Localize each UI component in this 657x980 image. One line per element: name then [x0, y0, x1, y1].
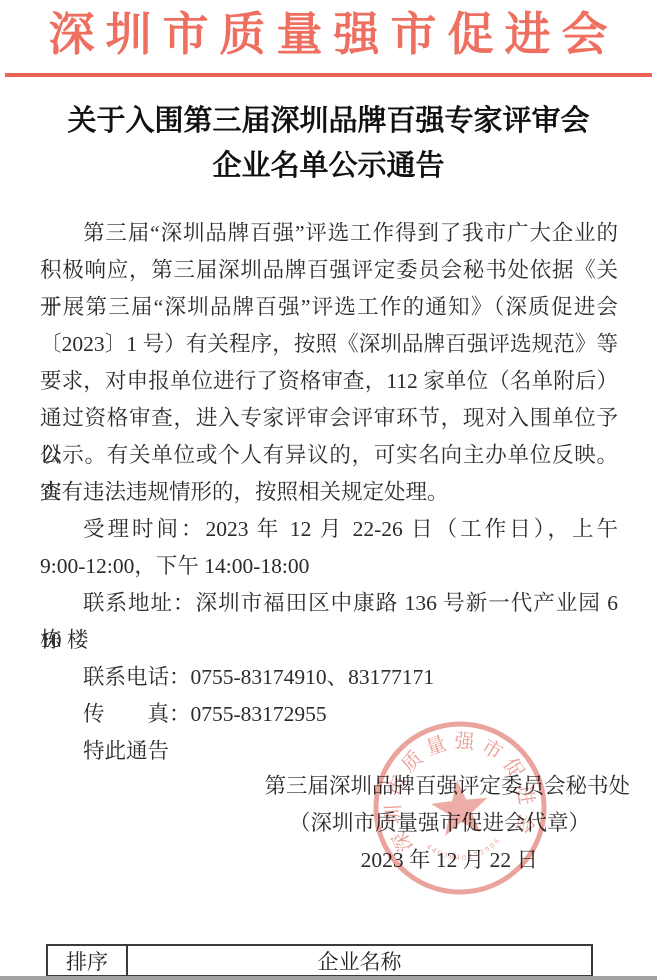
body-text: 第三届“深圳品牌百强”评选工作得到了我市广大企业的 积极响应，第三届深圳品牌百强… [40, 215, 618, 770]
body-line: 公示。有关单位或个人有异议的，可实名向主办单位反映。查 [40, 437, 618, 474]
announcement-page: 深圳市质量强市促进会 关于入围第三届深圳品牌百强专家评审会 企业名单公示通告 第… [0, 0, 657, 980]
attachment-table: 排序 企业名称 [46, 944, 593, 977]
page-cut-edge [0, 976, 657, 980]
body-line-closing: 特此通告 [40, 733, 618, 770]
letterhead-rule [5, 73, 652, 77]
table-header-company-name: 企业名称 [128, 946, 591, 975]
body-line: 通过资格审查，进入专家评审会评审环节，现对入围单位予以 [40, 400, 618, 437]
signature-issuer: 第三届深圳品牌百强评定委员会秘书处 [0, 768, 657, 805]
body-line: 实有违法违规情形的，按照相关规定处理。 [40, 474, 618, 511]
body-line-contact-phone: 联系电话：0755-83174910、83177171 [40, 659, 618, 696]
body-line: 开展第三届“深圳品牌百强”评选工作的通知》（深质促进会 [40, 289, 618, 326]
signature-seal-note: （深圳市质量强市促进会代章） [0, 805, 657, 842]
body-line-acceptance-time: 受理时间：2023 年 12 月 22-26 日（工作日），上午 [40, 511, 618, 548]
letterhead-org-name: 深圳市质量强市促进会 [0, 6, 657, 64]
document-title: 关于入围第三届深圳品牌百强专家评审会 企业名单公示通告 [0, 99, 657, 189]
document-title-line-2: 企业名单公示通告 [0, 144, 657, 189]
body-line-acceptance-time: 9:00-12:00，下午 14:00-18:00 [40, 548, 618, 585]
document-title-line-1: 关于入围第三届深圳品牌百强专家评审会 [0, 99, 657, 144]
table-header-rank: 排序 [48, 946, 128, 975]
body-line-contact-address: 10 楼 [40, 622, 618, 659]
body-line: 〔2023〕1 号）有关程序，按照《深圳品牌百强评选规范》等 [40, 326, 618, 363]
body-line-contact-address: 联系地址：深圳市福田区中康路 136 号新一代产业园 6 栋 [40, 585, 618, 622]
signature-date: 2023 年 12 月 22 日 [0, 842, 657, 879]
body-line: 积极响应，第三届深圳品牌百强评定委员会秘书处依据《关于 [40, 252, 618, 289]
body-line: 第三届“深圳品牌百强”评选工作得到了我市广大企业的 [40, 215, 618, 252]
body-line-fax: 传 真：0755-83172955 [40, 696, 618, 733]
body-line: 要求，对申报单位进行了资格审查，112 家单位（名单附后） [40, 363, 618, 400]
